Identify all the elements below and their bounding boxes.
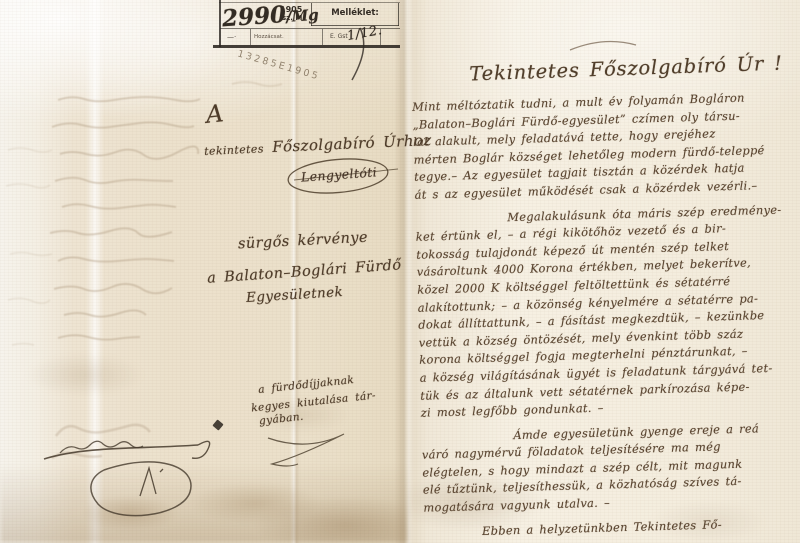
stamp-border	[213, 45, 400, 48]
stamp-cell-right-label: E. Gst	[330, 33, 348, 40]
stamp-cell-left-label: Hozzácsat.	[254, 34, 284, 40]
stamp-year-unit: sz. M	[282, 14, 302, 22]
file-number-value: 2990	[221, 1, 287, 32]
stamp-border	[398, 3, 399, 26]
document-scan: 2990∕Mg 1905. sz. M Melléklet: —· Hozzác…	[0, 0, 800, 543]
salutation-initial: A	[205, 99, 226, 129]
attachment-label: Melléklet:	[312, 8, 398, 18]
stamp-border	[322, 29, 323, 45]
stamp-border	[250, 29, 251, 45]
stamp-year-label: 1905.	[280, 5, 305, 14]
stamp-cell-dash: —·	[227, 33, 236, 41]
stamp-border	[311, 25, 399, 26]
letter-body: Mint méltóztatik tudni, a mult év folyam…	[406, 89, 800, 543]
salutation-small: tekintetes	[204, 142, 264, 158]
